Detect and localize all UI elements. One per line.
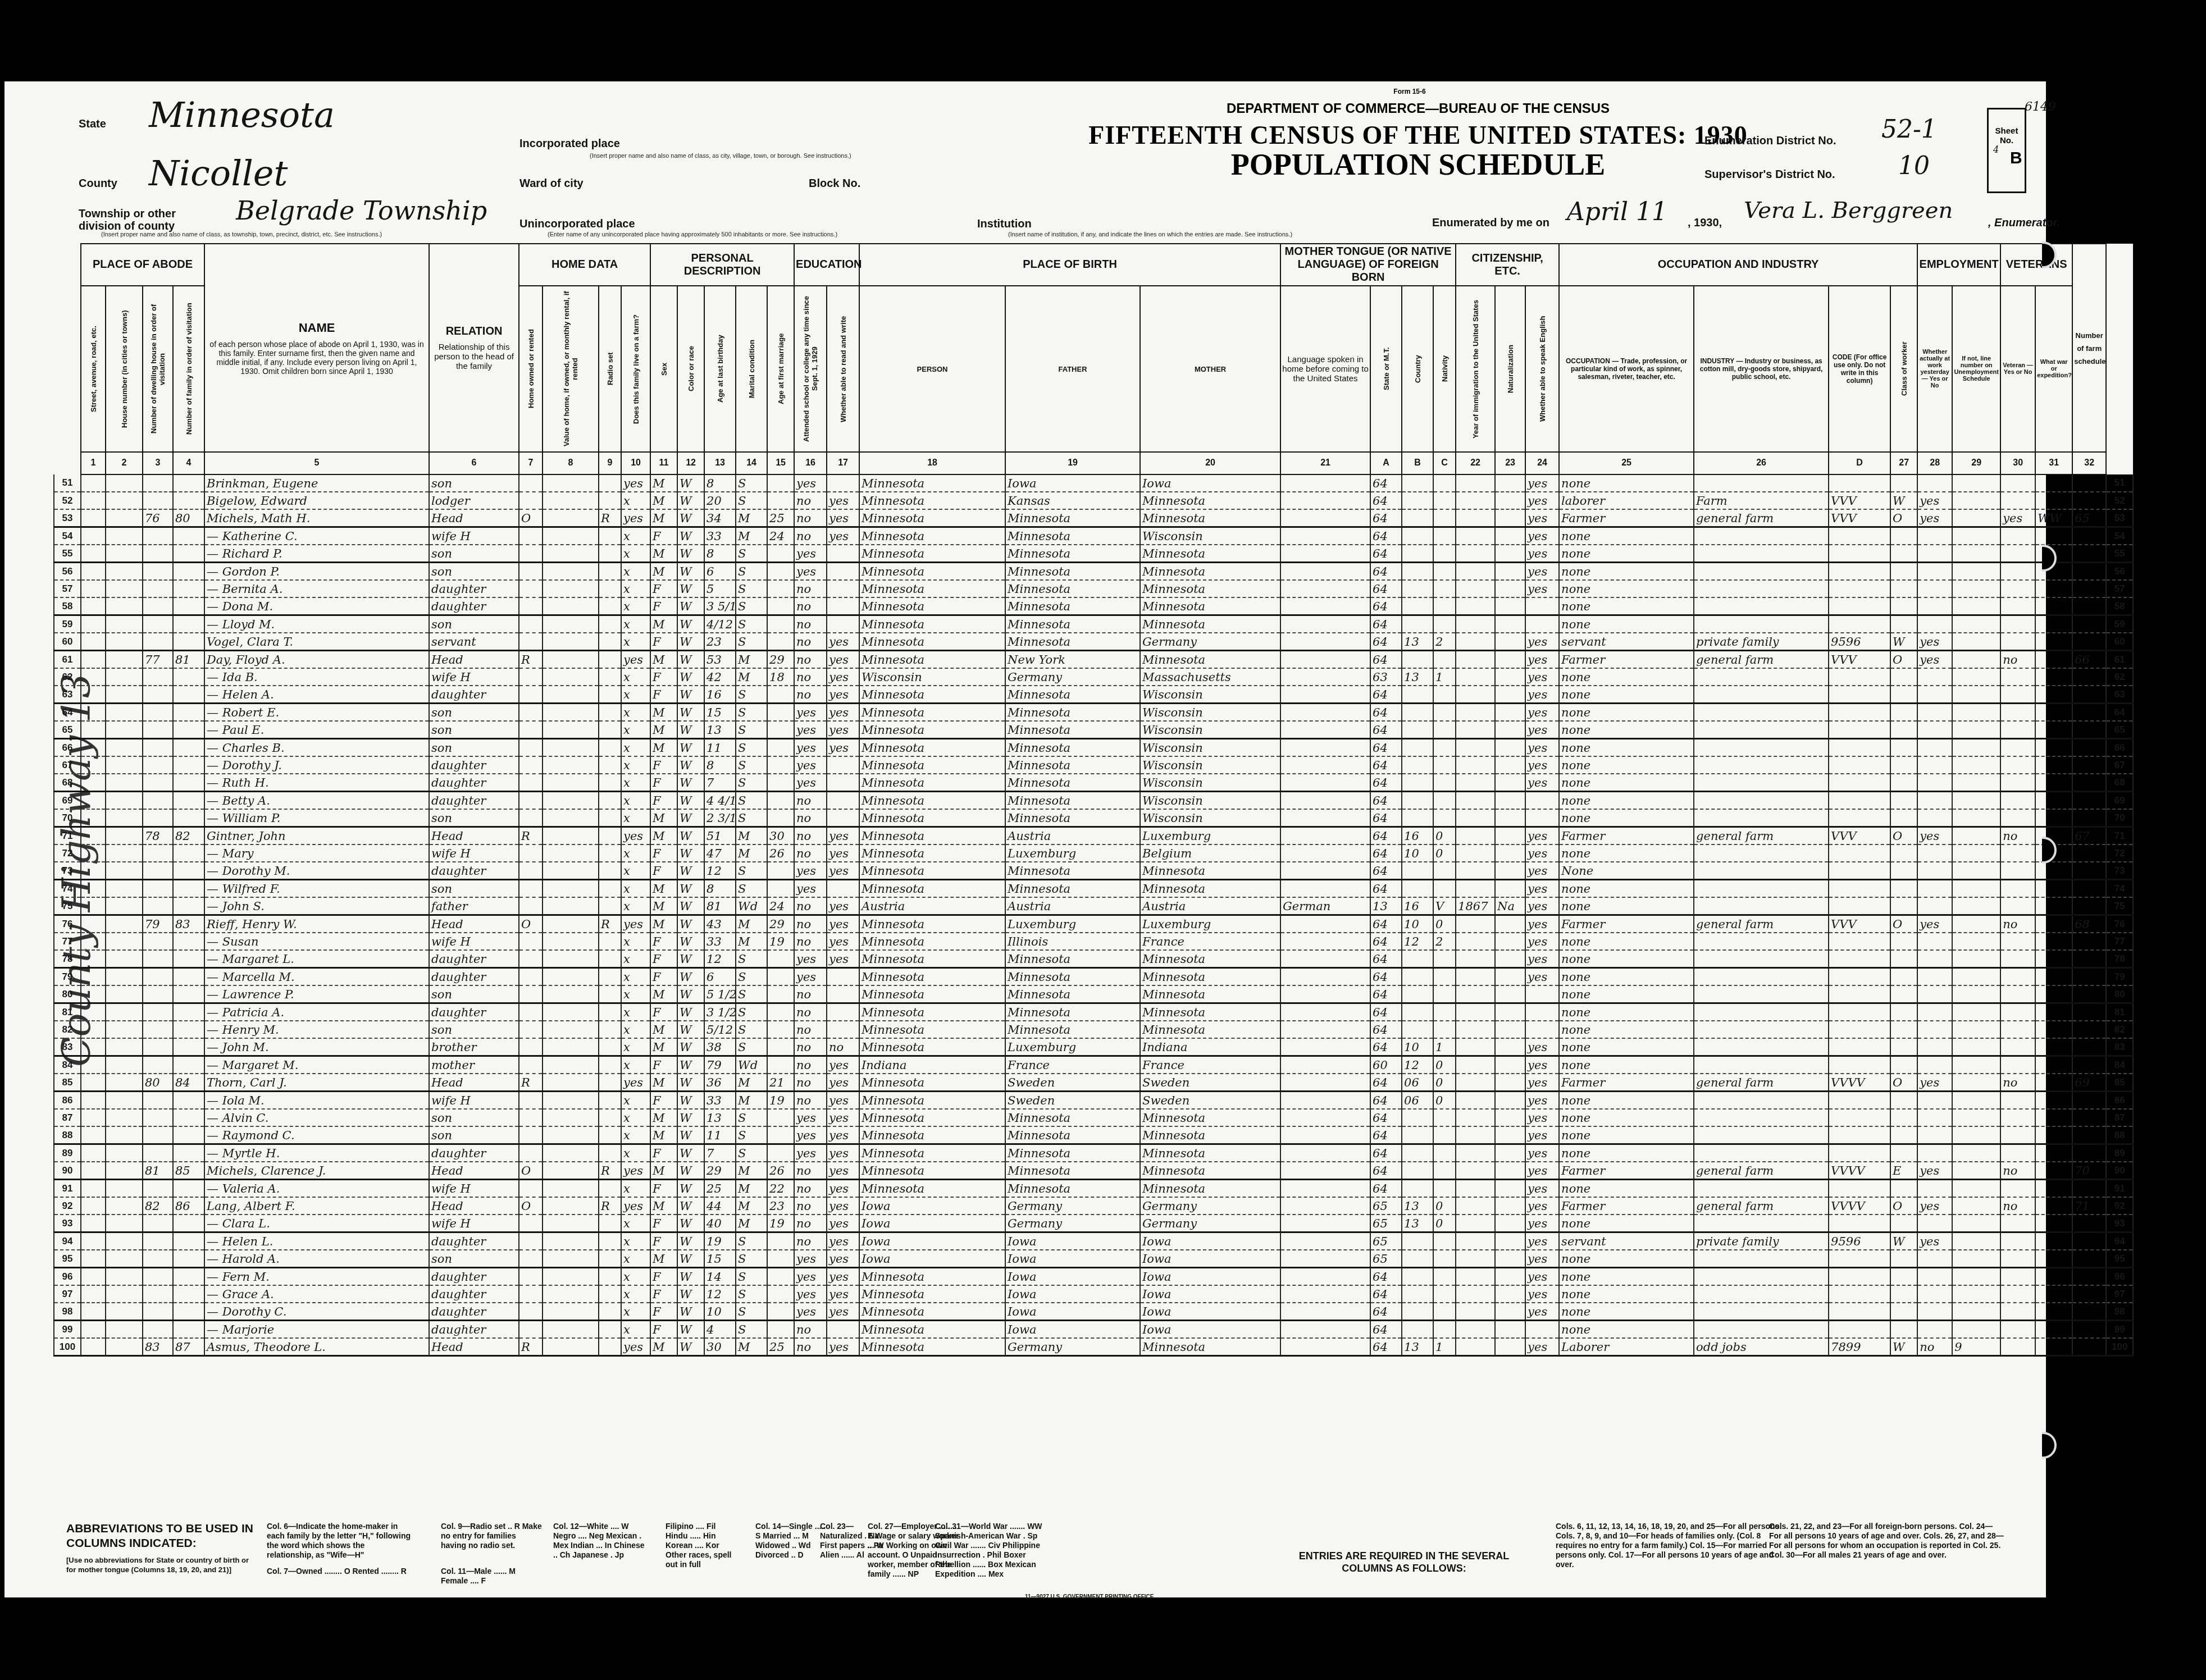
cell-owned bbox=[519, 1250, 543, 1268]
cell-relation: Head bbox=[429, 1338, 519, 1356]
cell-house bbox=[106, 1003, 143, 1021]
cell-radio bbox=[599, 739, 621, 757]
cell-age-marriage: 19 bbox=[767, 1092, 794, 1110]
cell-birth-mother: Luxemburg bbox=[1140, 827, 1280, 845]
cell-birth-father: Minnesota bbox=[1005, 774, 1140, 792]
cell-street bbox=[81, 474, 106, 492]
cell-immigration bbox=[1456, 792, 1495, 810]
cell-sex: F bbox=[650, 686, 677, 704]
cell-class bbox=[1890, 580, 1917, 597]
cell-at-work bbox=[1917, 615, 1952, 633]
cell-farm-schedule: 70 bbox=[2072, 1162, 2106, 1180]
cell-immigration bbox=[1456, 527, 1495, 545]
cell-owned bbox=[519, 844, 543, 862]
cell-race: W bbox=[677, 1303, 704, 1321]
abbreviations-title: ABBREVIATIONS TO BE USED IN COLUMNS INDI… bbox=[66, 1522, 257, 1574]
table-row: 75— John S.fatherxMW81Wd24noyesAustriaAu… bbox=[54, 897, 2133, 915]
cell-value bbox=[543, 985, 599, 1003]
cell-birth-mother: Sweden bbox=[1140, 1092, 1280, 1110]
cell-age-marriage: 23 bbox=[767, 1197, 794, 1215]
cell-age-marriage bbox=[767, 704, 794, 722]
line-number-right: 67 bbox=[2106, 756, 2133, 774]
cell-language bbox=[1280, 474, 1370, 492]
cell-value bbox=[543, 809, 599, 827]
cell-family bbox=[173, 1126, 204, 1144]
line-number-right: 65 bbox=[2106, 721, 2133, 739]
cell-code-d bbox=[1829, 897, 1890, 915]
cell-relation: wife H bbox=[429, 527, 519, 545]
cell-occupation: none bbox=[1559, 474, 1694, 492]
cell-english: yes bbox=[1525, 968, 1559, 986]
cell-family bbox=[173, 668, 204, 686]
cell-owned bbox=[519, 1038, 543, 1056]
cell-veteran bbox=[2000, 1303, 2035, 1321]
cell-age-marriage: 19 bbox=[767, 933, 794, 950]
cell-radio bbox=[599, 1144, 621, 1162]
cell-immigration bbox=[1456, 950, 1495, 968]
cell-read: yes bbox=[827, 1303, 859, 1321]
cell-naturalization bbox=[1495, 1215, 1525, 1232]
cell-marital: M bbox=[736, 1162, 767, 1180]
cell-occupation: None bbox=[1559, 862, 1694, 880]
cell-street bbox=[81, 1250, 106, 1268]
line-number: 86 bbox=[54, 1092, 81, 1110]
cell-english: yes bbox=[1525, 492, 1559, 509]
cell-language bbox=[1280, 1003, 1370, 1021]
line-number: 53 bbox=[54, 509, 81, 527]
cell-farm: x bbox=[621, 1285, 650, 1303]
cell-value bbox=[543, 950, 599, 968]
cell-value bbox=[543, 1162, 599, 1180]
cell-name: — Iola M. bbox=[204, 1092, 429, 1110]
cell-immigration: 1867 bbox=[1456, 897, 1495, 915]
cell-code-b: 13 bbox=[1402, 1197, 1433, 1215]
cell-code-c bbox=[1433, 1180, 1456, 1198]
cell-name: — Lloyd M. bbox=[204, 615, 429, 633]
cell-farm: x bbox=[621, 897, 650, 915]
cell-relation: daughter bbox=[429, 1003, 519, 1021]
cell-radio bbox=[599, 615, 621, 633]
cell-naturalization bbox=[1495, 1197, 1525, 1215]
cell-age: 8 bbox=[704, 880, 736, 898]
cell-owned bbox=[519, 933, 543, 950]
cell-read: yes bbox=[827, 844, 859, 862]
cell-name: — Ruth H. bbox=[204, 774, 429, 792]
cell-naturalization bbox=[1495, 545, 1525, 563]
cell-industry: private family bbox=[1694, 633, 1829, 651]
col-code-d: CODE (For office use only. Do not write … bbox=[1829, 286, 1890, 452]
cell-code-b bbox=[1402, 950, 1433, 968]
cell-birth-father: Minnesota bbox=[1005, 1109, 1140, 1126]
cell-language bbox=[1280, 721, 1370, 739]
cell-code-d bbox=[1829, 474, 1890, 492]
cell-radio bbox=[599, 1180, 621, 1198]
cell-farm-schedule bbox=[2072, 809, 2106, 827]
print-code: 11—9027 U.S. GOVERNMENT PRINTING OFFICE bbox=[1025, 1592, 1154, 1602]
cell-veteran bbox=[2000, 756, 2035, 774]
cell-dwelling bbox=[143, 844, 173, 862]
cell-age-marriage bbox=[767, 615, 794, 633]
cell-race: W bbox=[677, 509, 704, 527]
cell-class bbox=[1890, 862, 1917, 880]
cell-occupation: none bbox=[1559, 1003, 1694, 1021]
cell-immigration bbox=[1456, 1162, 1495, 1180]
cell-sex: F bbox=[650, 580, 677, 597]
cell-name: Day, Floyd A. bbox=[204, 651, 429, 669]
cell-owned bbox=[519, 545, 543, 563]
cell-farm-schedule bbox=[2072, 1285, 2106, 1303]
cell-house bbox=[106, 756, 143, 774]
cell-radio: R bbox=[599, 509, 621, 527]
cell-street bbox=[81, 844, 106, 862]
cell-code-c bbox=[1433, 492, 1456, 509]
cell-radio bbox=[599, 1303, 621, 1321]
cell-code-a: 64 bbox=[1370, 792, 1402, 810]
cell-farm: x bbox=[621, 563, 650, 581]
cell-street bbox=[81, 668, 106, 686]
cell-age-marriage bbox=[767, 1285, 794, 1303]
cell-veteran bbox=[2000, 721, 2035, 739]
cell-owned bbox=[519, 985, 543, 1003]
cell-english: yes bbox=[1525, 633, 1559, 651]
cell-naturalization bbox=[1495, 1144, 1525, 1162]
table-row: 78— Margaret L.daughterxFW12SyesyesMinne… bbox=[54, 950, 2133, 968]
cell-occupation: none bbox=[1559, 792, 1694, 810]
line-number-right: 69 bbox=[2106, 792, 2133, 810]
cell-birth-father: Minnesota bbox=[1005, 597, 1140, 615]
cell-class: O bbox=[1890, 1197, 1917, 1215]
cell-language bbox=[1280, 633, 1370, 651]
cell-age-marriage: 30 bbox=[767, 827, 794, 845]
cell-relation: son bbox=[429, 474, 519, 492]
cell-code-c bbox=[1433, 721, 1456, 739]
cell-sex: M bbox=[650, 492, 677, 509]
cell-birth-father: Minnesota bbox=[1005, 1021, 1140, 1038]
cell-school: no bbox=[794, 933, 827, 950]
cell-language bbox=[1280, 615, 1370, 633]
cell-owned bbox=[519, 1003, 543, 1021]
cell-relation: daughter bbox=[429, 968, 519, 986]
cell-age: 12 bbox=[704, 862, 736, 880]
cell-birth-person: Minnesota bbox=[859, 1021, 1005, 1038]
cell-industry bbox=[1694, 527, 1829, 545]
cell-naturalization bbox=[1495, 1056, 1525, 1074]
cell-class bbox=[1890, 1144, 1917, 1162]
cell-school: no bbox=[794, 1038, 827, 1056]
cell-naturalization bbox=[1495, 739, 1525, 757]
col-birth-person: PERSON bbox=[859, 286, 1005, 452]
cell-dwelling bbox=[143, 1215, 173, 1232]
cell-veteran bbox=[2000, 1250, 2035, 1268]
cell-street bbox=[81, 1232, 106, 1250]
cell-dwelling bbox=[143, 1321, 173, 1339]
cell-age-marriage: 29 bbox=[767, 915, 794, 933]
cell-dwelling bbox=[143, 950, 173, 968]
cell-industry bbox=[1694, 950, 1829, 968]
cell-occupation: none bbox=[1559, 809, 1694, 827]
cell-english: yes bbox=[1525, 527, 1559, 545]
cell-war bbox=[2035, 1109, 2072, 1126]
cell-dwelling bbox=[143, 1180, 173, 1198]
population-table: PLACE OF ABODE NAMEof each person whose … bbox=[53, 243, 2084, 1357]
cell-industry: odd jobs bbox=[1694, 1338, 1829, 1356]
cell-class bbox=[1890, 597, 1917, 615]
cell-language bbox=[1280, 933, 1370, 950]
cell-language bbox=[1280, 844, 1370, 862]
cell-code-b bbox=[1402, 1109, 1433, 1126]
table-row: 86— Iola M.wife HxFW33M19noyesMinnesotaS… bbox=[54, 1092, 2133, 1110]
cell-race: W bbox=[677, 1338, 704, 1356]
cell-marital: S bbox=[736, 633, 767, 651]
cell-school: yes bbox=[794, 1285, 827, 1303]
col-at-work: Whether actually at work yesterday — Yes… bbox=[1917, 286, 1952, 452]
cell-relation: son bbox=[429, 545, 519, 563]
cell-age: 29 bbox=[704, 1162, 736, 1180]
cell-occupation: servant bbox=[1559, 633, 1694, 651]
cell-code-a: 64 bbox=[1370, 545, 1402, 563]
cell-farm: yes bbox=[621, 651, 650, 669]
cell-name: — William P. bbox=[204, 809, 429, 827]
cell-occupation: Farmer bbox=[1559, 827, 1694, 845]
cell-school: yes bbox=[794, 950, 827, 968]
cell-street bbox=[81, 1197, 106, 1215]
col-farm-schedule: Number of farm schedule bbox=[2072, 244, 2106, 452]
cell-house bbox=[106, 844, 143, 862]
cell-english: yes bbox=[1525, 915, 1559, 933]
cell-birth-father: Germany bbox=[1005, 1197, 1140, 1215]
cell-language bbox=[1280, 1038, 1370, 1056]
cell-street bbox=[81, 739, 106, 757]
cell-owned: R bbox=[519, 1074, 543, 1092]
cell-unemployment bbox=[1952, 1250, 2000, 1268]
cell-naturalization bbox=[1495, 792, 1525, 810]
cell-immigration bbox=[1456, 915, 1495, 933]
cell-birth-person: Minnesota bbox=[859, 1303, 1005, 1321]
cell-war bbox=[2035, 1074, 2072, 1092]
line-number: 55 bbox=[54, 545, 81, 563]
cell-marital: S bbox=[736, 474, 767, 492]
cell-read bbox=[827, 774, 859, 792]
cell-birth-father: Illinois bbox=[1005, 933, 1140, 950]
cell-immigration bbox=[1456, 545, 1495, 563]
cell-family bbox=[173, 1038, 204, 1056]
cell-code-c bbox=[1433, 1021, 1456, 1038]
cell-farm-schedule bbox=[2072, 563, 2106, 581]
cell-farm-schedule bbox=[2072, 704, 2106, 722]
cell-industry bbox=[1694, 474, 1829, 492]
cell-read: yes bbox=[827, 1338, 859, 1356]
cell-birth-mother: Luxemburg bbox=[1140, 915, 1280, 933]
col-industry: INDUSTRY — Industry or business, as cott… bbox=[1694, 286, 1829, 452]
cell-immigration bbox=[1456, 1021, 1495, 1038]
cell-veteran bbox=[2000, 1338, 2035, 1356]
township-note: (Insert proper name and also name of cla… bbox=[101, 231, 382, 238]
cell-dwelling bbox=[143, 1003, 173, 1021]
cell-naturalization bbox=[1495, 1109, 1525, 1126]
cell-farm: x bbox=[621, 862, 650, 880]
line-number: 70 bbox=[54, 809, 81, 827]
cell-english bbox=[1525, 792, 1559, 810]
cell-birth-person: Minnesota bbox=[859, 509, 1005, 527]
cell-industry bbox=[1694, 1021, 1829, 1038]
cell-code-c bbox=[1433, 1232, 1456, 1250]
cell-class bbox=[1890, 1303, 1917, 1321]
cell-value bbox=[543, 774, 599, 792]
cell-naturalization bbox=[1495, 827, 1525, 845]
cell-unemployment bbox=[1952, 739, 2000, 757]
cell-relation: wife H bbox=[429, 1215, 519, 1232]
cell-dwelling bbox=[143, 615, 173, 633]
cell-english: yes bbox=[1525, 1285, 1559, 1303]
cell-birth-person: Minnesota bbox=[859, 686, 1005, 704]
cell-read: yes bbox=[827, 633, 859, 651]
table-row: 67— Dorothy J.daughterxFW8SyesMinnesotaM… bbox=[54, 756, 2133, 774]
cell-age-marriage: 24 bbox=[767, 897, 794, 915]
cell-radio bbox=[599, 1092, 621, 1110]
col-family: Number of family in order of visitation bbox=[173, 286, 204, 452]
cell-code-d bbox=[1829, 563, 1890, 581]
cell-relation: daughter bbox=[429, 792, 519, 810]
cell-unemployment bbox=[1952, 509, 2000, 527]
cell-code-b bbox=[1402, 545, 1433, 563]
cell-radio bbox=[599, 633, 621, 651]
cell-age: 4/12 bbox=[704, 615, 736, 633]
cell-house bbox=[106, 1162, 143, 1180]
cell-farm-schedule bbox=[2072, 633, 2106, 651]
cell-house bbox=[106, 827, 143, 845]
cell-owned bbox=[519, 1109, 543, 1126]
cell-dwelling bbox=[143, 686, 173, 704]
cell-birth-person: Iowa bbox=[859, 1197, 1005, 1215]
cell-class: W bbox=[1890, 1232, 1917, 1250]
cell-naturalization bbox=[1495, 1180, 1525, 1198]
cell-house bbox=[106, 950, 143, 968]
cell-name: — Wilfred F. bbox=[204, 880, 429, 898]
cell-code-c: 0 bbox=[1433, 1074, 1456, 1092]
cell-sex: F bbox=[650, 633, 677, 651]
table-row: 98— Dorothy C.daughterxFW10SyesyesMinnes… bbox=[54, 1303, 2133, 1321]
cell-race: W bbox=[677, 1232, 704, 1250]
cell-immigration bbox=[1456, 774, 1495, 792]
cell-class bbox=[1890, 1003, 1917, 1021]
cell-code-d bbox=[1829, 704, 1890, 722]
cell-code-a: 64 bbox=[1370, 915, 1402, 933]
table-row: 99— MarjoriedaughterxFW4SnoMinnesotaIowa… bbox=[54, 1321, 2133, 1339]
cell-english: yes bbox=[1525, 1197, 1559, 1215]
cell-code-a: 64 bbox=[1370, 509, 1402, 527]
cell-dwelling bbox=[143, 862, 173, 880]
cell-farm-schedule bbox=[2072, 756, 2106, 774]
cell-code-b bbox=[1402, 968, 1433, 986]
cell-language bbox=[1280, 1197, 1370, 1215]
cell-birth-person: Minnesota bbox=[859, 950, 1005, 968]
cell-code-a: 64 bbox=[1370, 1109, 1402, 1126]
cell-radio bbox=[599, 704, 621, 722]
cell-farm: x bbox=[621, 668, 650, 686]
cell-school: no bbox=[794, 827, 827, 845]
cell-value bbox=[543, 1092, 599, 1110]
cell-code-c: 2 bbox=[1433, 933, 1456, 950]
cell-dwelling: 81 bbox=[143, 1162, 173, 1180]
cell-house bbox=[106, 897, 143, 915]
cell-war bbox=[2035, 915, 2072, 933]
cell-radio bbox=[599, 1250, 621, 1268]
cell-marital: S bbox=[736, 1144, 767, 1162]
cell-farm: x bbox=[621, 580, 650, 597]
cell-dwelling bbox=[143, 809, 173, 827]
cell-naturalization bbox=[1495, 933, 1525, 950]
cell-value bbox=[543, 1285, 599, 1303]
cell-at-work bbox=[1917, 1021, 1952, 1038]
cell-name: — Myrtle H. bbox=[204, 1144, 429, 1162]
cell-language bbox=[1280, 704, 1370, 722]
cell-unemployment bbox=[1952, 668, 2000, 686]
cell-sex: M bbox=[650, 615, 677, 633]
cell-street bbox=[81, 827, 106, 845]
cell-immigration bbox=[1456, 1144, 1495, 1162]
cell-war bbox=[2035, 686, 2072, 704]
cell-read bbox=[827, 615, 859, 633]
cell-code-c: 0 bbox=[1433, 1056, 1456, 1074]
cell-value bbox=[543, 862, 599, 880]
cell-name: Vogel, Clara T. bbox=[204, 633, 429, 651]
cell-birth-person: Minnesota bbox=[859, 827, 1005, 845]
cell-immigration bbox=[1456, 597, 1495, 615]
cell-code-c: 0 bbox=[1433, 1197, 1456, 1215]
cell-code-d bbox=[1829, 545, 1890, 563]
cell-dwelling bbox=[143, 474, 173, 492]
cell-house bbox=[106, 615, 143, 633]
cell-english bbox=[1525, 985, 1559, 1003]
cell-veteran bbox=[2000, 686, 2035, 704]
cell-dwelling bbox=[143, 968, 173, 986]
cell-race: W bbox=[677, 880, 704, 898]
cell-age-marriage bbox=[767, 1303, 794, 1321]
cell-code-b: 16 bbox=[1402, 827, 1433, 845]
cell-age-marriage bbox=[767, 739, 794, 757]
cell-code-d: VVV bbox=[1829, 651, 1890, 669]
cell-relation: son bbox=[429, 1250, 519, 1268]
cell-veteran bbox=[2000, 897, 2035, 915]
cell-occupation: none bbox=[1559, 597, 1694, 615]
cell-family bbox=[173, 527, 204, 545]
cell-english: yes bbox=[1525, 668, 1559, 686]
cell-english bbox=[1525, 1003, 1559, 1021]
line-number: 81 bbox=[54, 1003, 81, 1021]
cell-house bbox=[106, 985, 143, 1003]
cell-language bbox=[1280, 950, 1370, 968]
cell-read: yes bbox=[827, 527, 859, 545]
cell-english: yes bbox=[1525, 1038, 1559, 1056]
cell-code-d bbox=[1829, 792, 1890, 810]
cell-dwelling bbox=[143, 668, 173, 686]
cell-industry: private family bbox=[1694, 1232, 1829, 1250]
cell-radio bbox=[599, 1109, 621, 1126]
cell-sex: F bbox=[650, 1092, 677, 1110]
cell-age-marriage: 26 bbox=[767, 1162, 794, 1180]
cell-naturalization: Na bbox=[1495, 897, 1525, 915]
cell-industry bbox=[1694, 739, 1829, 757]
cell-english bbox=[1525, 597, 1559, 615]
cell-birth-person: Iowa bbox=[859, 1215, 1005, 1232]
cell-class bbox=[1890, 1285, 1917, 1303]
cell-war bbox=[2035, 1215, 2072, 1232]
cell-dwelling: 79 bbox=[143, 915, 173, 933]
cell-farm-schedule bbox=[2072, 862, 2106, 880]
cell-at-work bbox=[1917, 704, 1952, 722]
cell-birth-father: Austria bbox=[1005, 827, 1140, 845]
cell-family bbox=[173, 985, 204, 1003]
